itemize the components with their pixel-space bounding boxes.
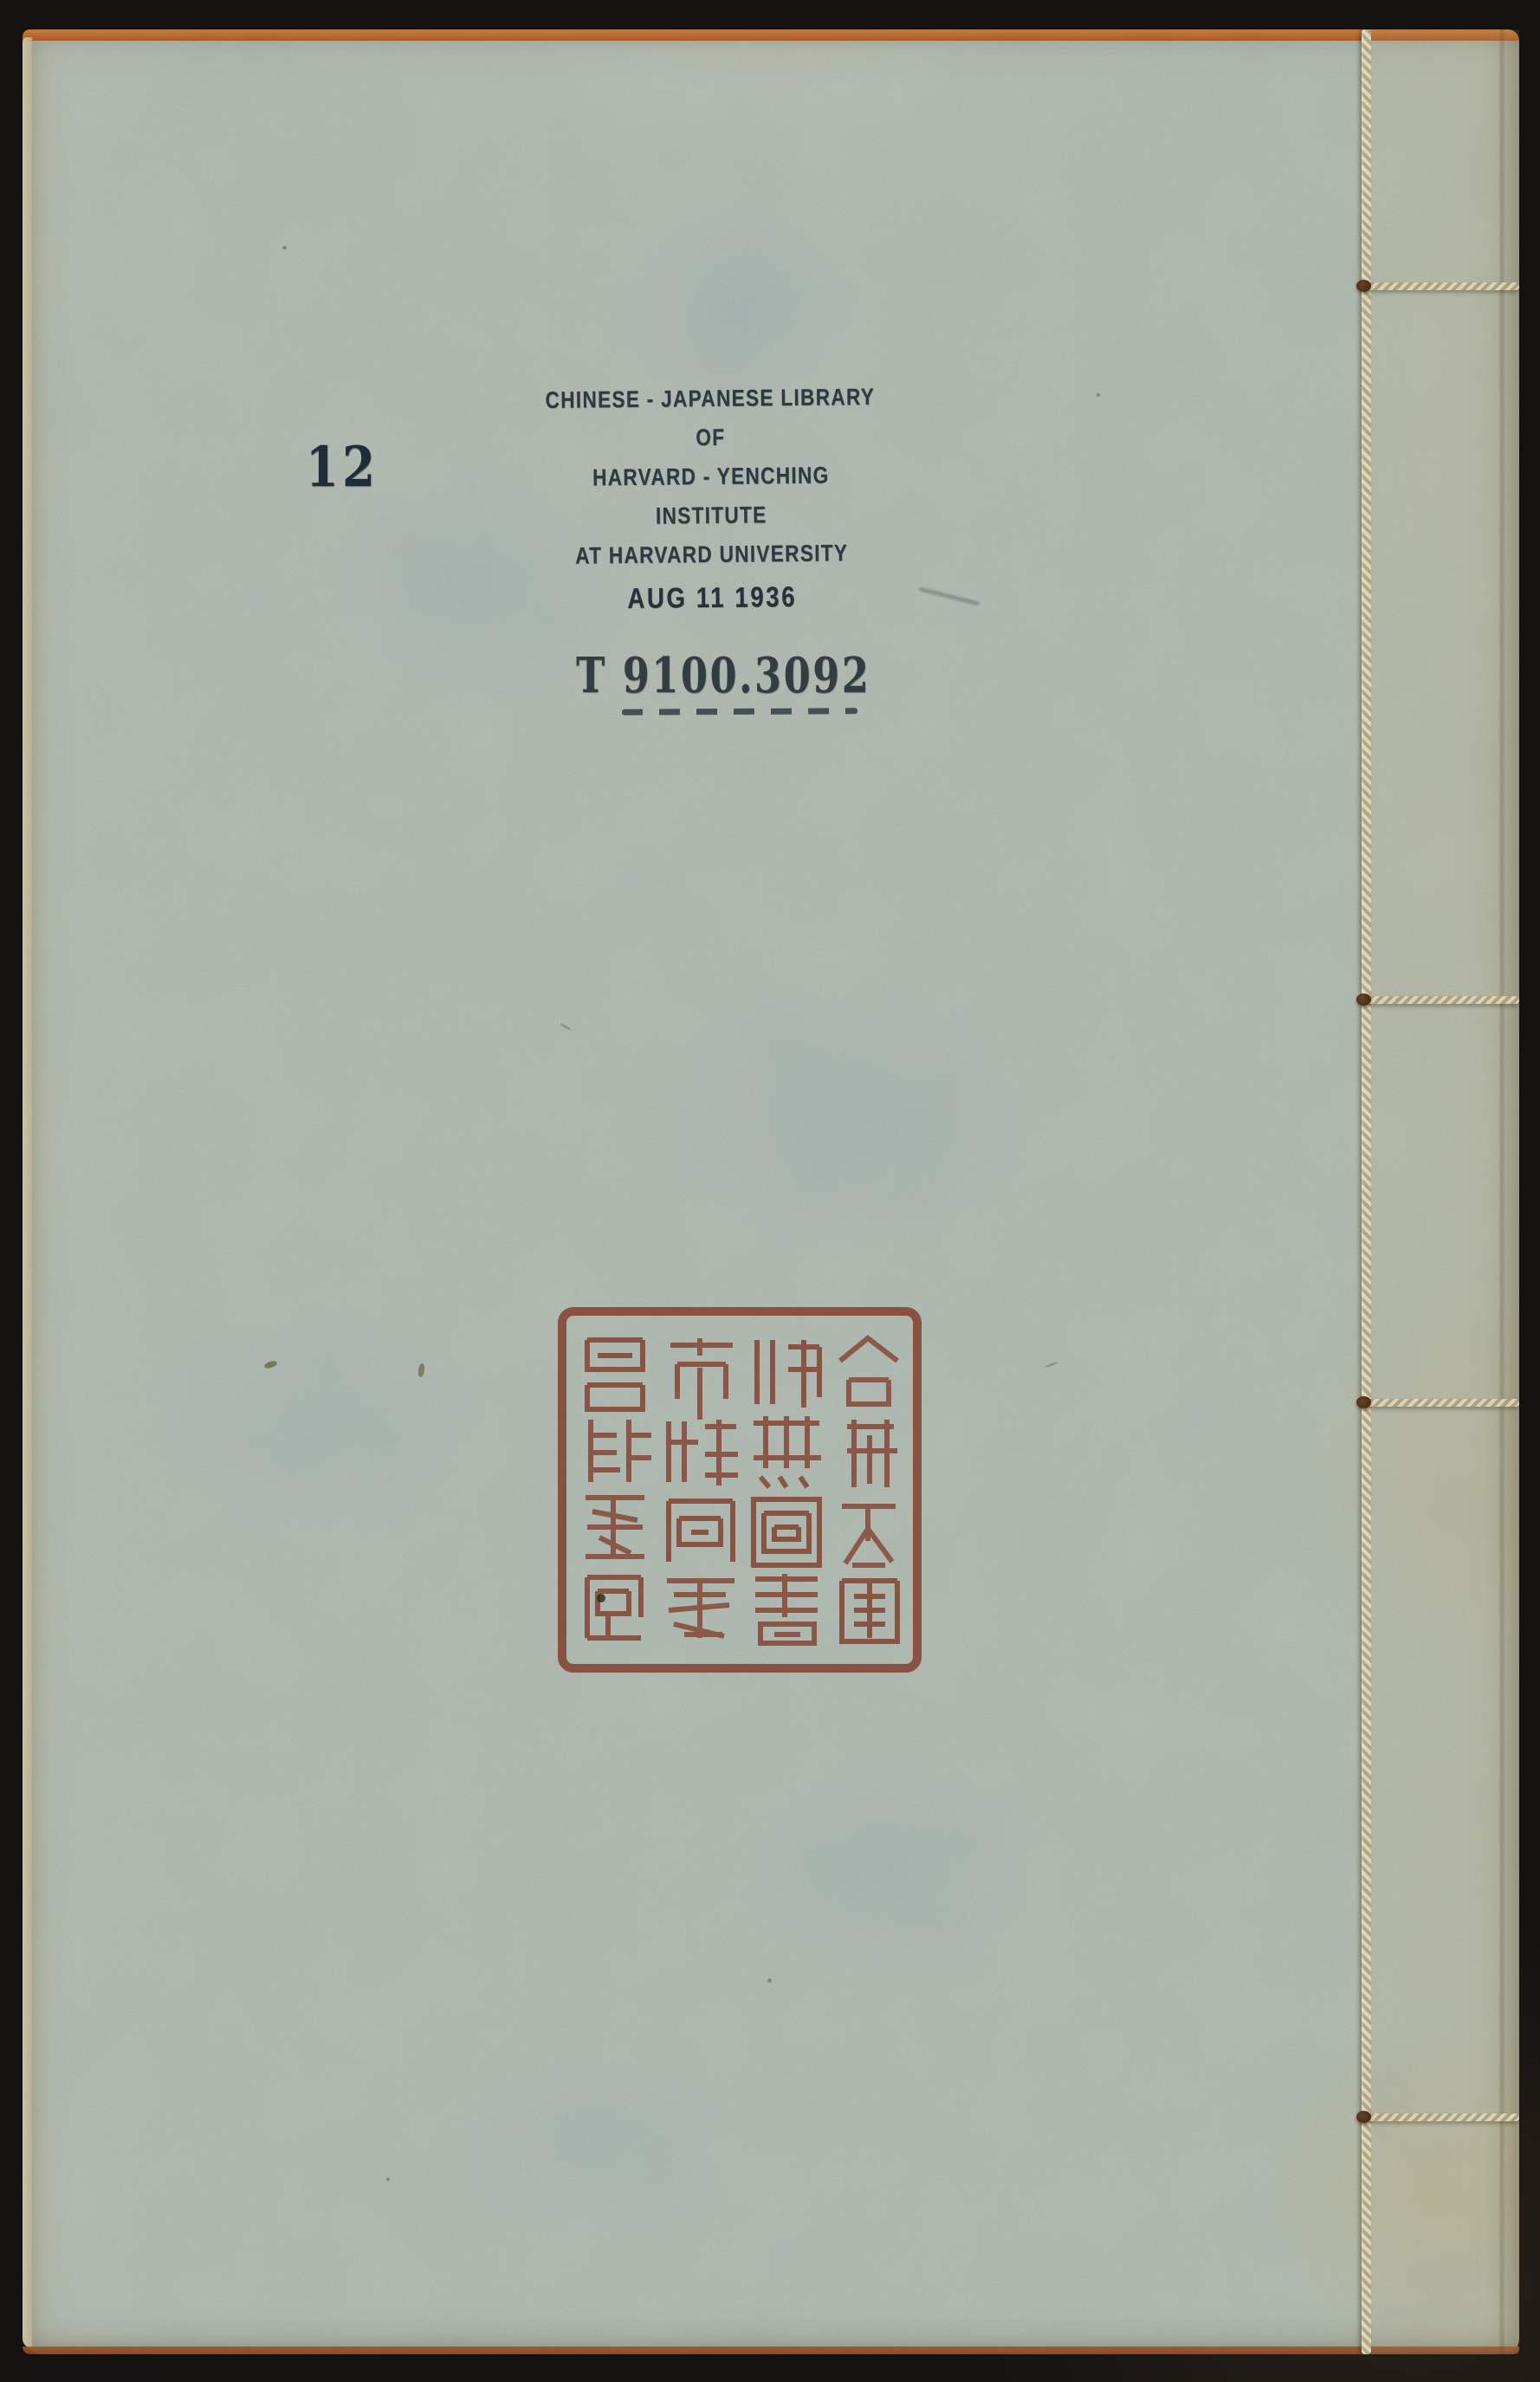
accession-number: 12 <box>306 440 379 495</box>
library-stamp-line-1: CHINESE - JAPANESE LIBRARY OF <box>539 378 882 459</box>
call-number-underline <box>622 708 857 715</box>
paper-speck <box>263 1360 277 1369</box>
paper-speck <box>767 1978 772 1983</box>
paper-speck <box>282 246 287 249</box>
stitch-knot-4 <box>1356 2111 1371 2123</box>
book-cover: CHINESE - JAPANESE LIBRARY OF HARVARD - … <box>23 29 1519 2354</box>
binding-stitch-2 <box>1364 996 1519 1004</box>
stitch-knot-3 <box>1356 1396 1371 1408</box>
library-stamp-date: AUG 11 1936 <box>541 575 883 620</box>
scan-background: CHINESE - JAPANESE LIBRARY OF HARVARD - … <box>0 0 1540 2382</box>
cover-bottom-edge <box>23 2346 1519 2354</box>
binding-stitch-3 <box>1364 1399 1519 1407</box>
stitch-knot-1 <box>1356 280 1371 292</box>
library-stamp-line-2: HARVARD - YENCHING INSTITUTE <box>540 456 883 537</box>
library-stamp-line-3: AT HARVARD UNIVERSITY <box>540 534 883 576</box>
call-number: T 9100.3092 <box>576 650 870 702</box>
paper-speck <box>417 1363 425 1378</box>
binding-stitch-1 <box>1364 282 1519 290</box>
library-stamp: CHINESE - JAPANESE LIBRARY OF HARVARD - … <box>507 378 916 621</box>
paper-fiber <box>560 1023 572 1032</box>
pencil-smudge <box>918 586 980 605</box>
binding-thread-vertical <box>1362 29 1371 2354</box>
stitch-knot-2 <box>1356 994 1371 1006</box>
binding-stitch-4 <box>1364 2113 1519 2121</box>
spine-strip <box>1362 29 1519 2354</box>
paper-speck <box>386 2178 390 2181</box>
paper-speck <box>1097 393 1100 397</box>
harvard-yenching-seal-icon <box>556 1305 923 1674</box>
cover-top-edge <box>23 29 1519 41</box>
paper-fiber <box>1045 1361 1058 1368</box>
cover-left-edge <box>23 37 32 2348</box>
